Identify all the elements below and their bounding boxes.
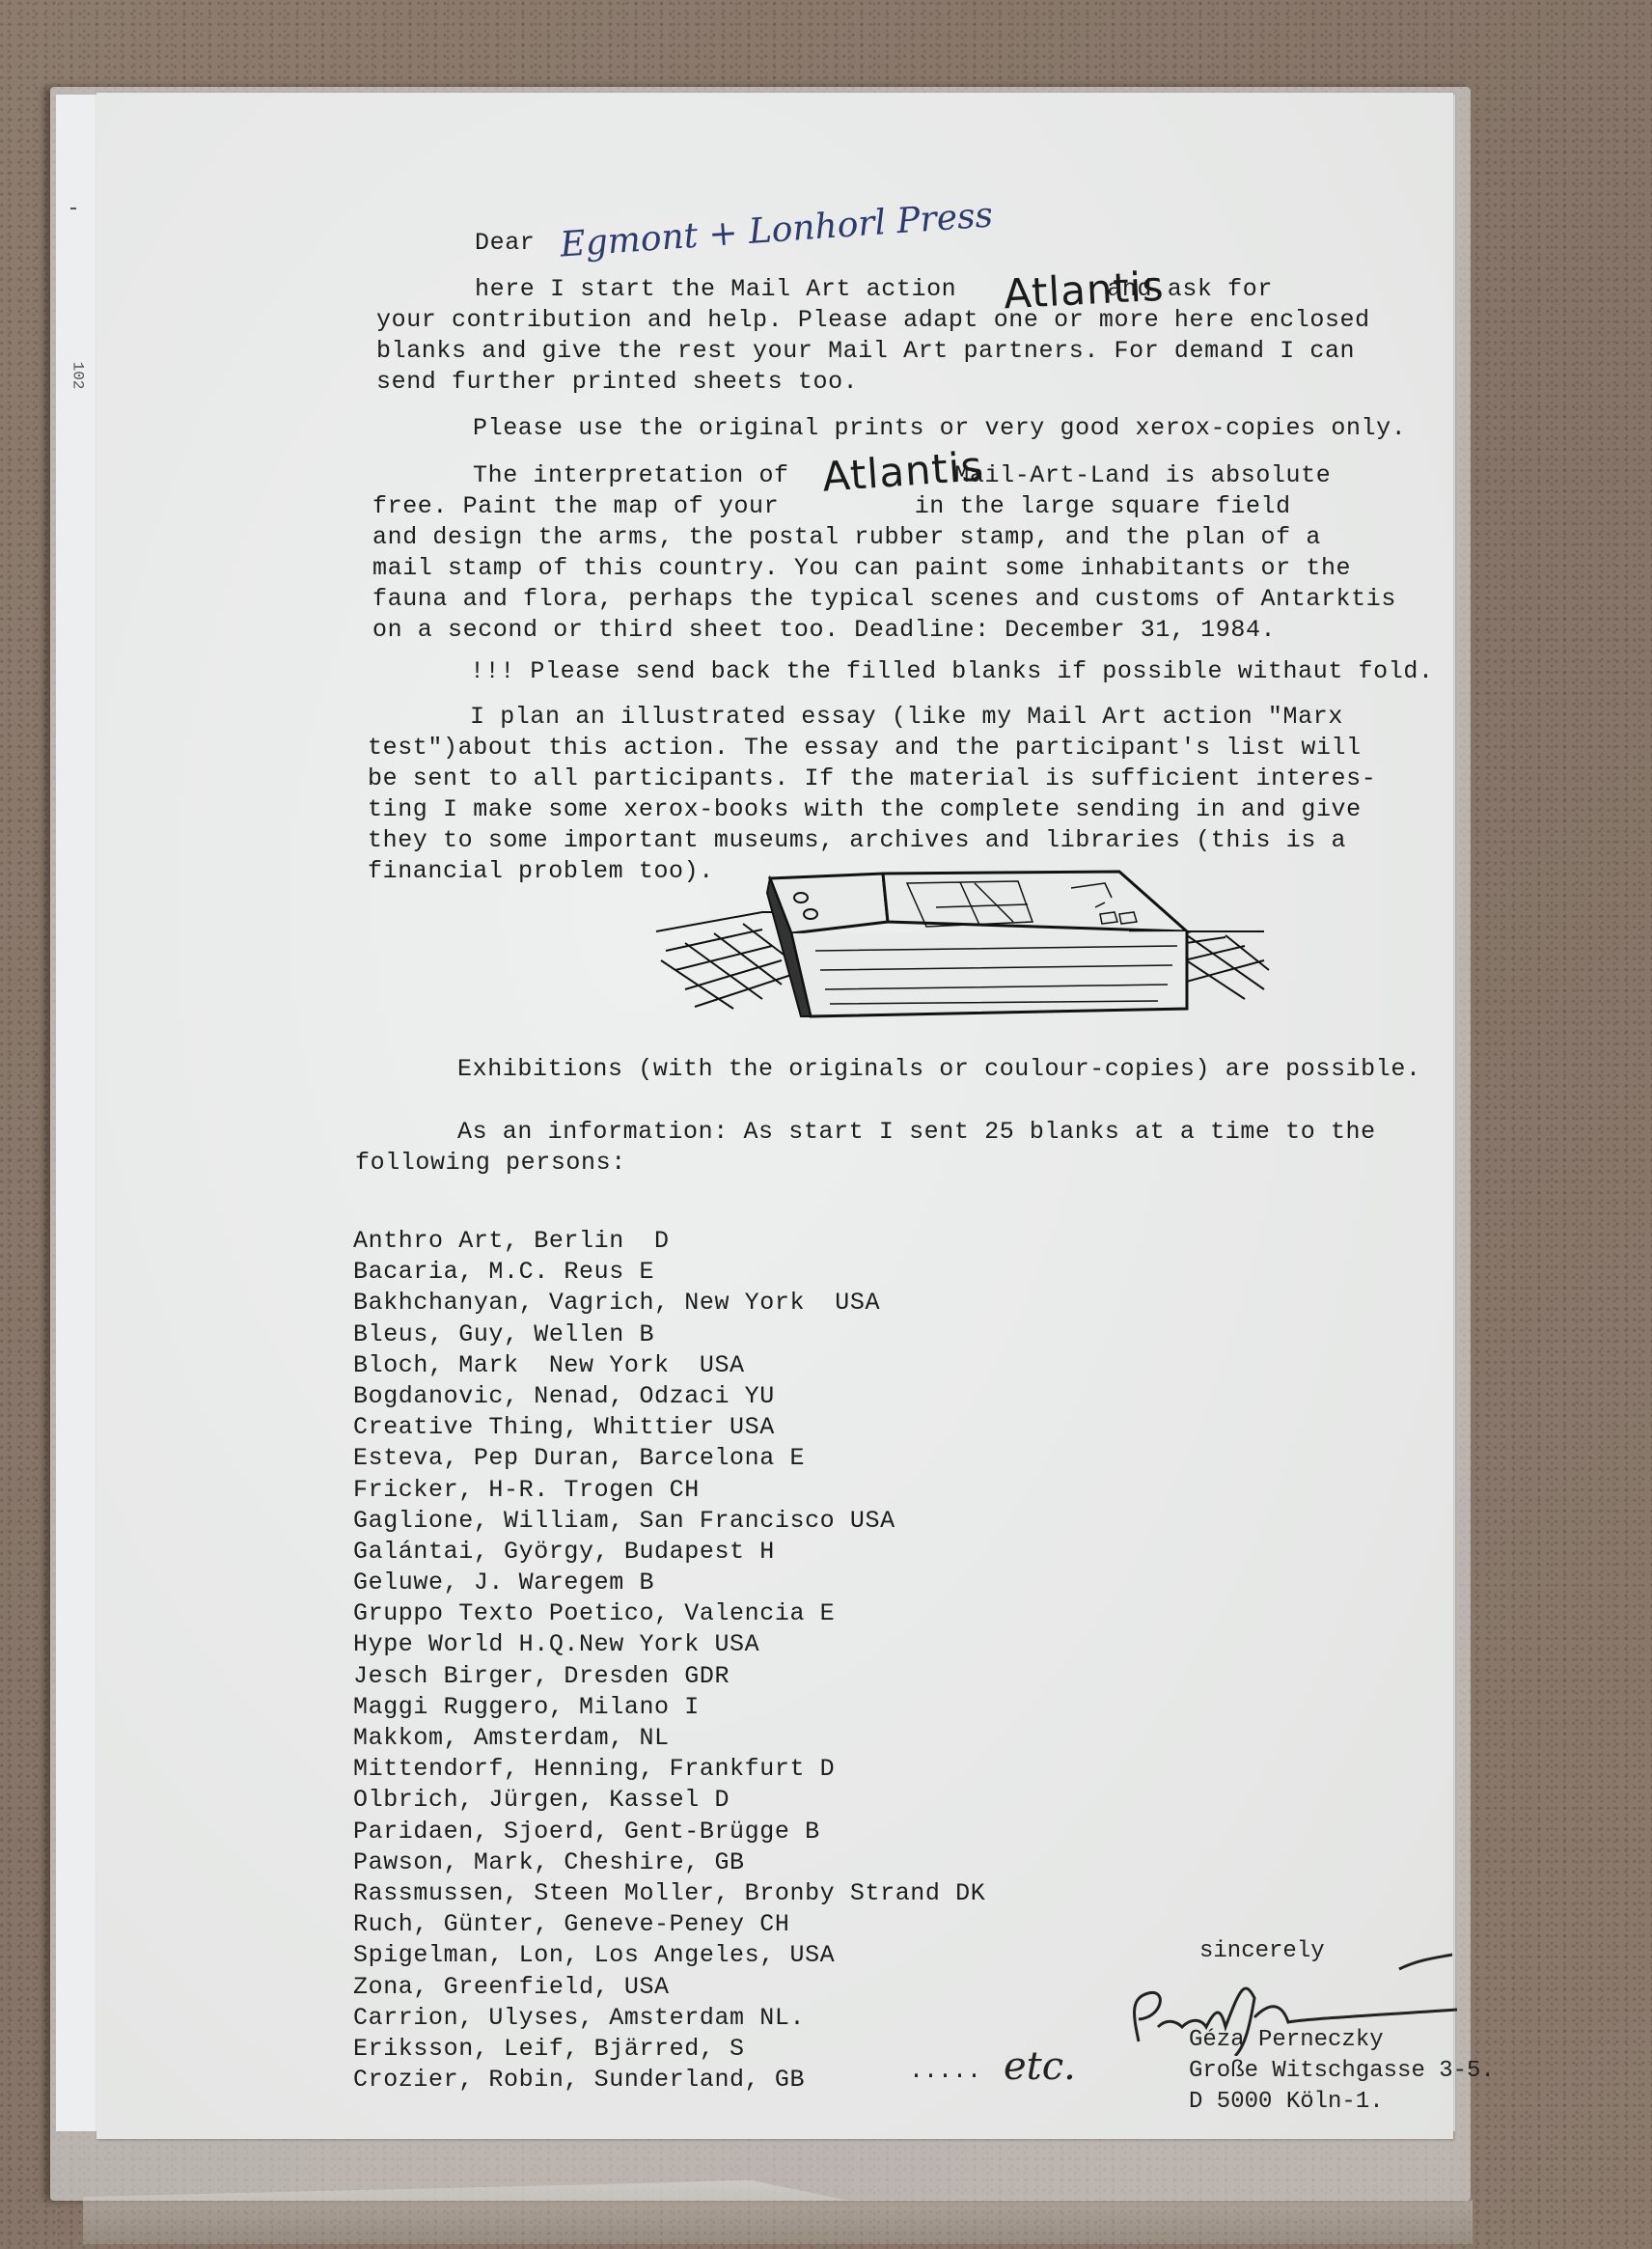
recipient-item: Maggi Ruggero, Milano I — [353, 1692, 985, 1723]
recipient-item: Pawson, Mark, Cheshire, GB — [353, 1847, 985, 1878]
recipient-item: Ruch, Günter, Geneve-Peney CH — [353, 1909, 985, 1940]
recipient-item: Esteva, Pep Duran, Barcelona E — [353, 1443, 985, 1474]
paragraph-line: and design the arms, the postal rubber s… — [372, 522, 1321, 553]
recipient-item: Eriksson, Leif, Bjärred, S — [353, 2034, 985, 2065]
paragraph-line: fauna and flora, perhaps the typical sce… — [372, 584, 1396, 615]
recipient-list: Anthro Art, Berlin DBacaria, M.C. Reus E… — [353, 1226, 985, 2096]
recipient-item: Paridaen, Sjoerd, Gent-Brügge B — [353, 1817, 985, 1847]
recipient-item: Fricker, H-R. Trogen CH — [353, 1475, 985, 1506]
recipient-item: Bogdanovic, Nenad, Odzaci YU — [353, 1381, 985, 1412]
paragraph-line: mail stamp of this country. You can pain… — [372, 553, 1351, 584]
paragraph-line: blanks and give the rest your Mail Art p… — [376, 336, 1355, 367]
sender-street: Große Witschgasse 3-5. — [1189, 2056, 1495, 2087]
paragraph-line: Please use the original prints or very g… — [473, 413, 1406, 444]
recipient-item: Olbrich, Jürgen, Kassel D — [353, 1785, 985, 1816]
recipient-item: Geluwe, J. Waregem B — [353, 1568, 985, 1598]
recipient-item: Zona, Greenfield, USA — [353, 1972, 985, 2003]
paragraph-line: ting I make some xerox-books with the co… — [368, 794, 1362, 825]
recipient-item: Rassmussen, Steen Moller, Bronby Strand … — [353, 1878, 985, 1909]
recipient-item: Galántai, György, Budapest H — [353, 1537, 985, 1568]
recipient-item: Gaglione, William, San Francisco USA — [353, 1506, 985, 1537]
paragraph-line: test")about this action. The essay and t… — [368, 733, 1362, 764]
margin-tick — [70, 208, 76, 209]
recipient-item: Anthro Art, Berlin D — [353, 1226, 985, 1257]
paragraph-line: be sent to all participants. If the mate… — [368, 764, 1376, 794]
paragraph-line: on a second or third sheet too. Deadline… — [372, 615, 1276, 646]
paragraph-line: they to some important museums, archives… — [368, 825, 1346, 856]
recipient-item: Creative Thing, Whittier USA — [353, 1412, 985, 1443]
atlantis-stamp: Atlantis — [1003, 263, 1166, 319]
recipient-item: Bacaria, M.C. Reus E — [353, 1257, 985, 1288]
paragraph-line: following persons: — [355, 1148, 626, 1179]
etc-dots: ..... — [909, 2057, 981, 2085]
recipient-item: Makkom, Amsterdam, NL — [353, 1723, 985, 1754]
paragraph-line: As an information: As start I sent 25 bl… — [457, 1117, 1376, 1148]
sender-city: D 5000 Köln-1. — [1189, 2087, 1495, 2118]
recipient-item: Bleus, Guy, Wellen B — [353, 1319, 985, 1350]
paragraph-line: Exhibitions (with the originals or coulo… — [457, 1054, 1421, 1085]
typewriter-book-sketch-icon — [647, 854, 1274, 1023]
recipient-item: Gruppo Texto Poetico, Valencia E — [353, 1598, 985, 1629]
paragraph-line: I plan an illustrated essay (like my Mai… — [470, 702, 1343, 733]
recipient-item: Bloch, Mark New York USA — [353, 1350, 985, 1381]
sender-address: Géza PerneczkyGroße Witschgasse 3-5.D 50… — [1189, 2025, 1495, 2118]
sender-name: Géza Perneczky — [1189, 2025, 1495, 2056]
recipient-item: Carrion, Ulyses, Amsterdam NL. — [353, 2003, 985, 2034]
recipient-item: Mittendorf, Henning, Frankfurt D — [353, 1754, 985, 1785]
paragraph-line: your contribution and help. Please adapt… — [376, 305, 1370, 336]
paragraph-line: send further printed sheets too. — [376, 367, 858, 398]
recipient-item: Jesch Birger, Dresden GDR — [353, 1661, 985, 1692]
salutation: Dear — [475, 228, 535, 259]
recipient-item: Spigelman, Lon, Los Angeles, USA — [353, 1940, 985, 1971]
recipient-item: Bakhchanyan, Vagrich, New York USA — [353, 1288, 985, 1319]
recipient-item: Crozier, Robin, Sunderland, GB — [353, 2065, 985, 2096]
paragraph-line: !!! Please send back the filled blanks i… — [470, 656, 1434, 687]
recipient-item: Hype World H.Q.New York USA — [353, 1629, 985, 1660]
margin-mark: 102 — [69, 362, 86, 390]
etc-handwritten: etc. — [1004, 2044, 1076, 2089]
